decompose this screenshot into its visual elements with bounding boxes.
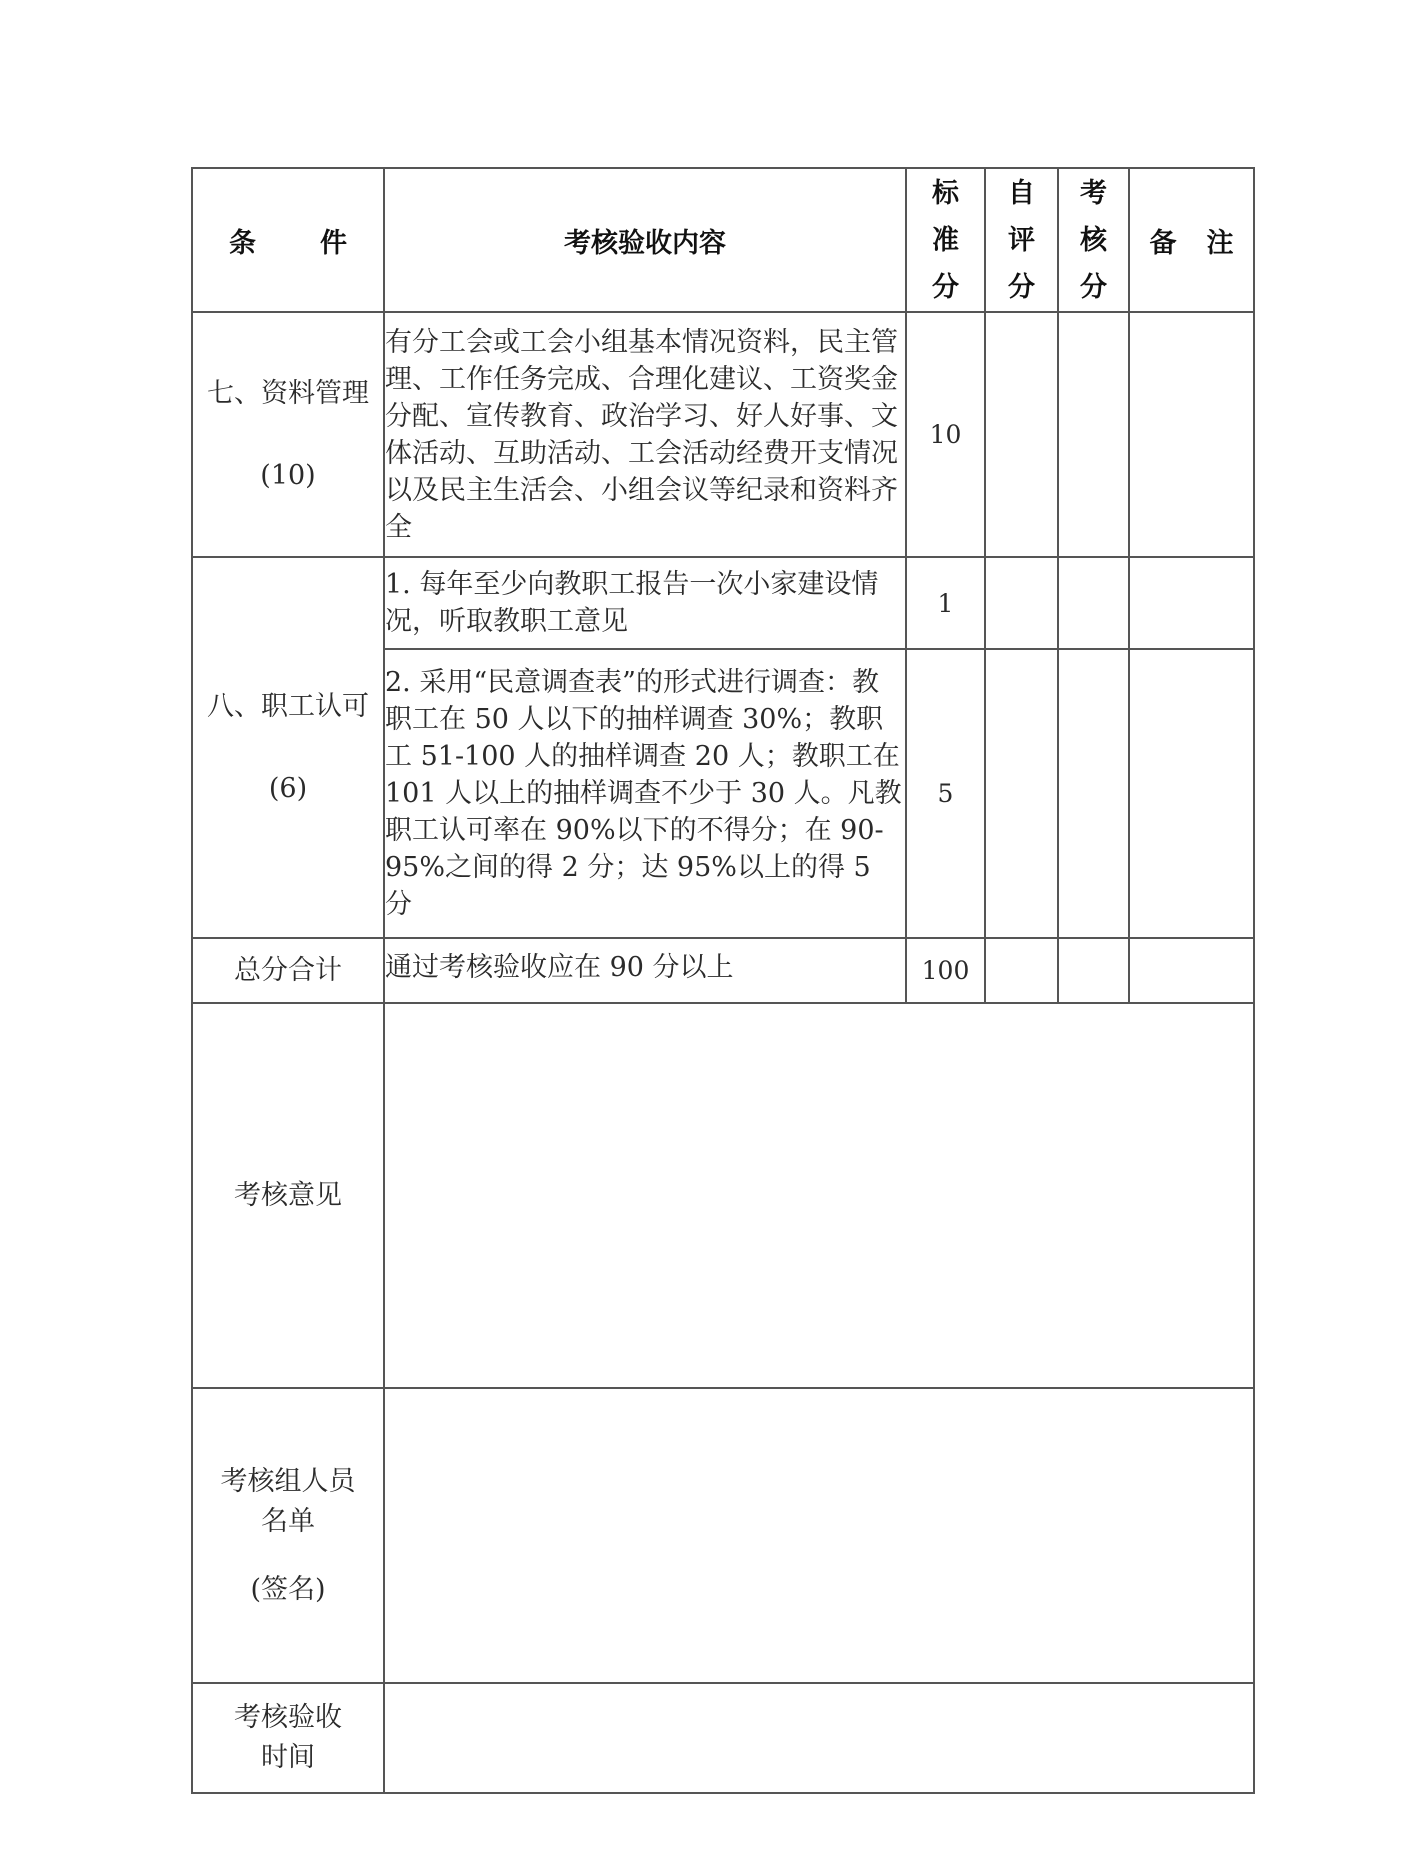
header-content: 考核验收内容 [384,168,906,312]
header-remarks: 备注 [1129,168,1254,312]
condition-cell-section7: 七、资料管理 (10) [192,312,384,557]
header-condition: 条件 [192,168,384,312]
remarks-cell[interactable] [1129,557,1254,649]
remarks-cell[interactable] [1129,312,1254,557]
exam-score-cell[interactable] [1058,649,1129,938]
table-row-members: 考核组人员 名单 (签名) [192,1388,1254,1683]
header-self-score: 自 评 分 [985,168,1058,312]
total-label: 总分合计 [192,938,384,1003]
standard-score-cell: 5 [906,649,985,938]
time-label: 考核验收 时间 [192,1683,384,1793]
exam-score-cell[interactable] [1058,312,1129,557]
assessment-table: 条件 考核验收内容 标 准 分 自 评 分 考 核 分 备注 [191,167,1255,1794]
content-cell-section8-item2: 2. 采用“民意调查表”的形式进行调查：教职工在 50 人以下的抽样调查 30%… [384,649,906,938]
members-label: 考核组人员 名单 (签名) [192,1388,384,1683]
standard-score-cell: 10 [906,312,985,557]
content-cell-section7: 有分工会或工会小组基本情况资料，民主管理、工作任务完成、合理化建议、工资奖金分配… [384,312,906,557]
content-cell-section8-item1: 1. 每年至少向教职工报告一次小家建设情况，听取教职工意见 [384,557,906,649]
table-row: 七、资料管理 (10) 有分工会或工会小组基本情况资料，民主管理、工作任务完成、… [192,312,1254,557]
total-content: 通过考核验收应在 90 分以上 [384,938,906,1003]
remarks-cell[interactable] [1129,649,1254,938]
document-page: 条件 考核验收内容 标 准 分 自 评 分 考 核 分 备注 [0,0,1411,1865]
header-exam-score: 考 核 分 [1058,168,1129,312]
self-score-cell[interactable] [985,649,1058,938]
table-row-time: 考核验收 时间 [192,1683,1254,1793]
self-score-cell[interactable] [985,312,1058,557]
table-row-opinion: 考核意见 [192,1003,1254,1388]
table-header-row: 条件 考核验收内容 标 准 分 自 评 分 考 核 分 备注 [192,168,1254,312]
time-field[interactable] [384,1683,1254,1793]
total-remarks[interactable] [1129,938,1254,1003]
total-standard-score: 100 [906,938,985,1003]
exam-score-cell[interactable] [1058,557,1129,649]
standard-score-cell: 1 [906,557,985,649]
table-row-total: 总分合计 通过考核验收应在 90 分以上 100 [192,938,1254,1003]
self-score-cell[interactable] [985,557,1058,649]
header-standard-score: 标 准 分 [906,168,985,312]
total-exam-score[interactable] [1058,938,1129,1003]
total-self-score[interactable] [985,938,1058,1003]
members-signature-field[interactable] [384,1388,1254,1683]
table-row: 八、职工认可 (6) 1. 每年至少向教职工报告一次小家建设情况，听取教职工意见… [192,557,1254,649]
opinion-label: 考核意见 [192,1003,384,1388]
condition-cell-section8: 八、职工认可 (6) [192,557,384,938]
opinion-field[interactable] [384,1003,1254,1388]
